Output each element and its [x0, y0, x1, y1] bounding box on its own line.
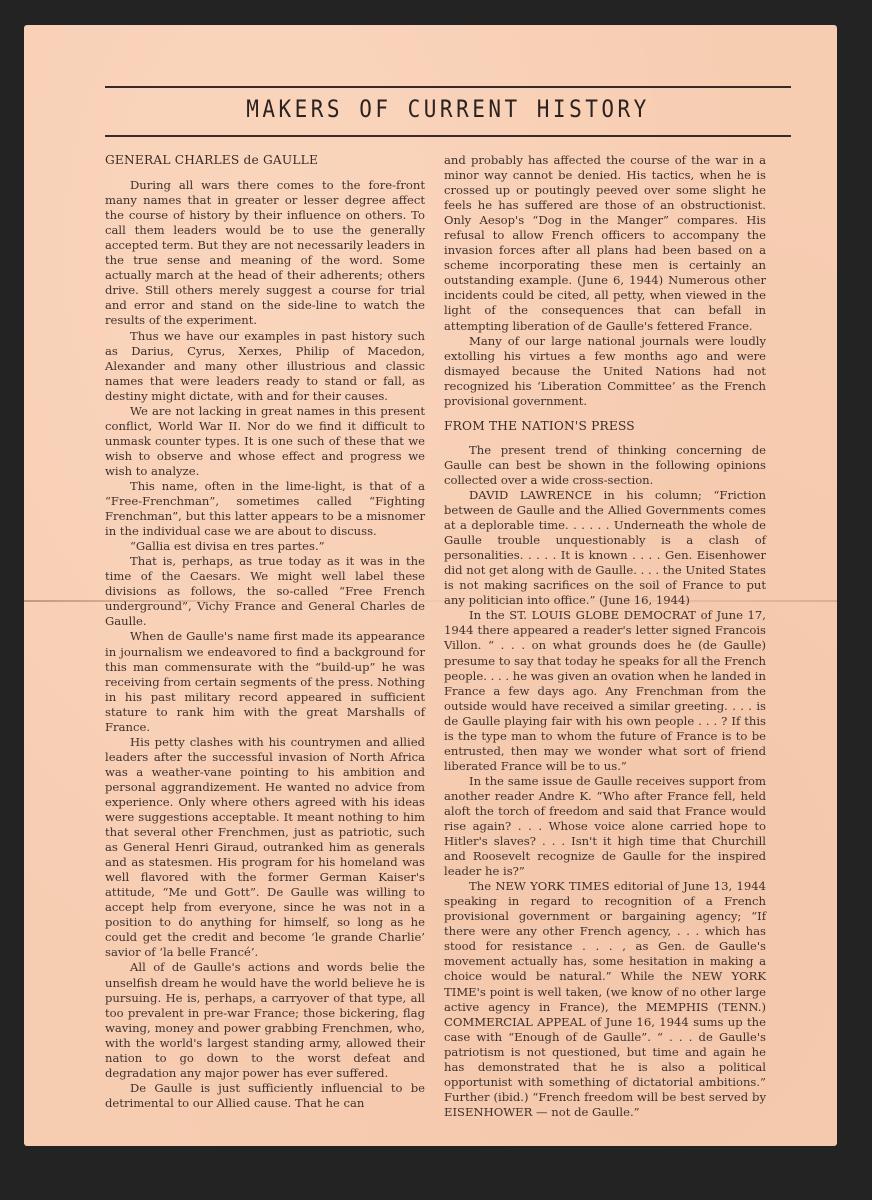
masthead-title: MAKERS OF CURRENT HISTORY — [105, 95, 791, 123]
paragraph: In the same issue de Gaulle receives sup… — [444, 774, 766, 879]
paragraph: DAVID LAWRENCE in his column; “Friction … — [444, 488, 766, 608]
paragraph: That is, perhaps, as true today as it wa… — [105, 554, 425, 629]
paragraph: De Gaulle is just sufficiently influenci… — [105, 1081, 425, 1111]
document-page: MAKERS OF CURRENT HISTORY GENERAL CHARLE… — [24, 25, 837, 1146]
article-heading: GENERAL CHARLES de GAULLE — [105, 153, 425, 168]
paragraph: All of de Gaulle's actions and words bel… — [105, 960, 425, 1080]
paragraph: Thus we have our examples in past histor… — [105, 329, 425, 404]
paragraph-quote: “Gallia est divisa en tres partes.” — [105, 539, 425, 554]
paragraph: Many of our large national journals were… — [444, 334, 766, 409]
paragraph: We are not lacking in great names in thi… — [105, 404, 425, 479]
masthead-top-rule — [105, 86, 791, 88]
section-heading-press: FROM THE NATION'S PRESS — [444, 419, 766, 434]
paragraph: The present trend of thinking concerning… — [444, 443, 766, 488]
masthead-bottom-rule — [105, 135, 791, 137]
paragraph-continued: and probably has affected the course of … — [444, 153, 766, 334]
paragraph: The NEW YORK TIMES editorial of June 13,… — [444, 879, 766, 1120]
right-column: and probably has affected the course of … — [444, 153, 766, 1120]
paragraph: When de Gaulle's name first made its app… — [105, 629, 425, 734]
left-column: GENERAL CHARLES de GAULLE During all war… — [105, 153, 425, 1111]
paragraph: In the ST. LOUIS GLOBE DEMOCRAT of June … — [444, 608, 766, 774]
paragraph: His petty clashes with his countrymen an… — [105, 735, 425, 961]
paragraph: During all wars there comes to the fore-… — [105, 178, 425, 328]
paragraph: This name, often in the lime-light, is t… — [105, 479, 425, 539]
